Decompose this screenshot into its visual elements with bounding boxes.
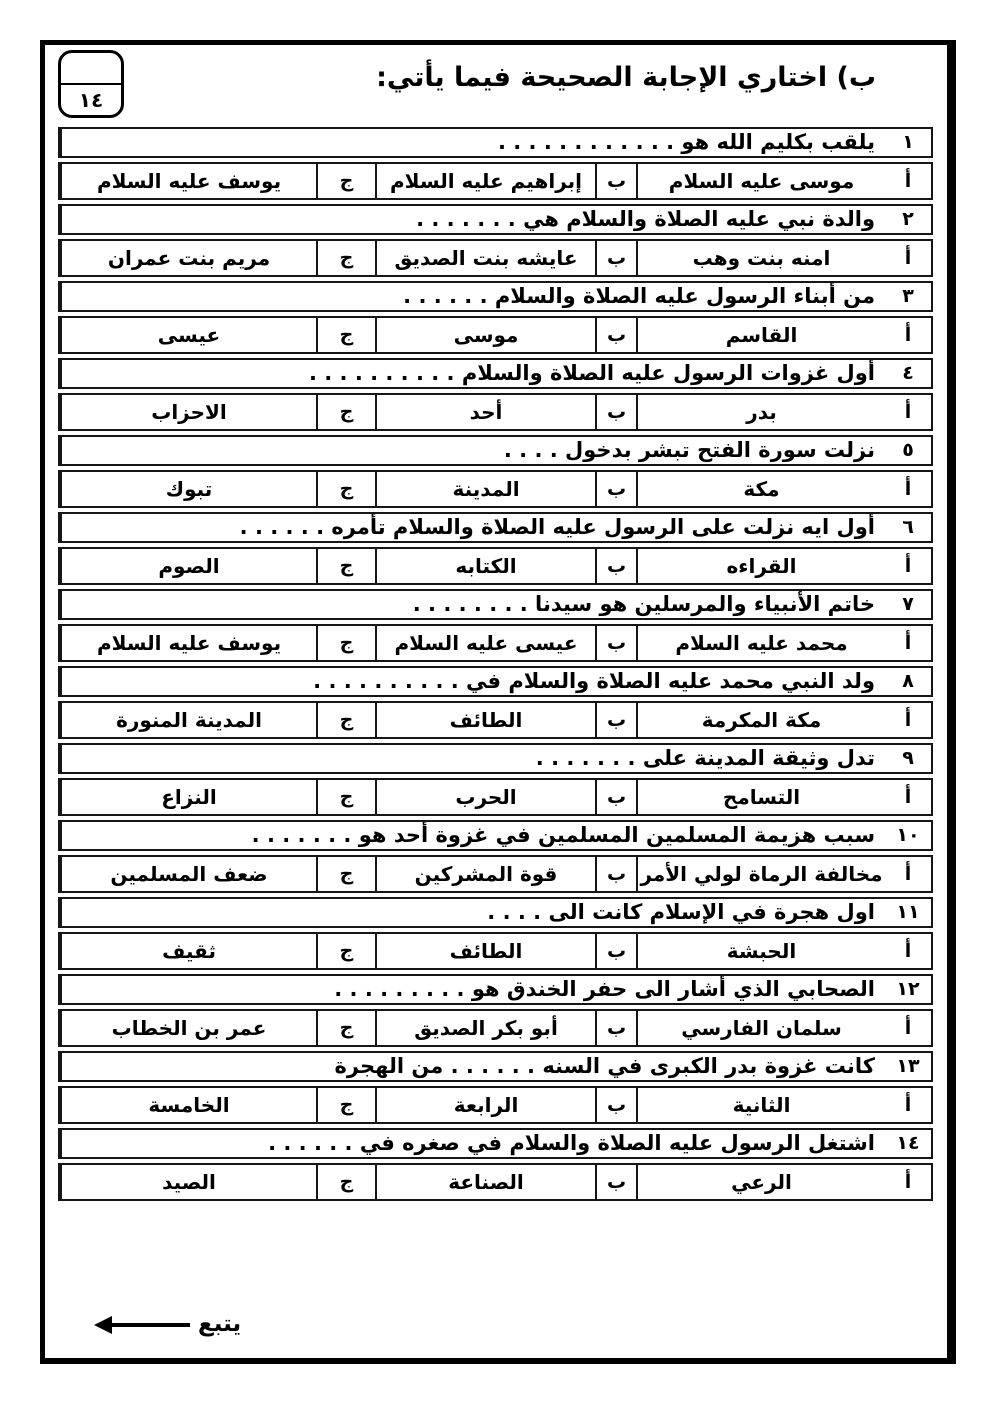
option-c: عمر بن الخطاب bbox=[60, 1011, 316, 1045]
option-letter-c: ج bbox=[316, 318, 375, 352]
answer-row: أ الرعي ب الصناعة ج الصيد bbox=[58, 1163, 933, 1201]
question-text: كانت غزوة بدر الكبرى في السنه . . . . . … bbox=[60, 1053, 885, 1080]
option-letter-c: ج bbox=[316, 857, 375, 891]
option-letter-a: أ bbox=[885, 1165, 931, 1199]
option-c: يوسف عليه السلام bbox=[60, 164, 316, 198]
question-row: ١٠ سبب هزيمة المسلمين المسلمين في غزوة أ… bbox=[58, 820, 933, 851]
question-row: ٣ من أبناء الرسول عليه الصلاة والسلام . … bbox=[58, 281, 933, 312]
continue-arrow-icon bbox=[98, 1323, 190, 1327]
option-c: مريم بنت عمران bbox=[60, 241, 316, 275]
question-number: ١٣ bbox=[885, 1053, 931, 1080]
question-row: ٧ خاتم الأنبياء والمرسلين هو سيدنا . . .… bbox=[58, 589, 933, 620]
question-row: ١١ اول هجرة في الإسلام كانت الى . . . . bbox=[58, 897, 933, 928]
option-a: التسامح bbox=[636, 780, 885, 814]
question-text: أول غزوات الرسول عليه الصلاة والسلام . .… bbox=[60, 360, 885, 387]
answer-row: أ مخالفة الرماة لولي الأمر ب قوة المشركي… bbox=[58, 855, 933, 893]
question-block: ٢ والدة نبي عليه الصلاة والسلام هي . . .… bbox=[58, 204, 933, 277]
answer-row: أ موسى عليه السلام ب إبراهيم عليه السلام… bbox=[58, 162, 933, 200]
option-letter-c: ج bbox=[316, 1088, 375, 1122]
question-text: نزلت سورة الفتح تبشر بدخول . . . . bbox=[60, 437, 885, 464]
option-letter-b: ب bbox=[595, 934, 636, 968]
option-letter-b: ب bbox=[595, 1011, 636, 1045]
option-c: الصيد bbox=[60, 1165, 316, 1199]
question-number: ٣ bbox=[885, 283, 931, 310]
option-b: أحد bbox=[375, 395, 595, 429]
question-row: ١٢ الصحابي الذي أشار الى حفر الخندق هو .… bbox=[58, 974, 933, 1005]
option-a: بدر bbox=[636, 395, 885, 429]
question-text: تدل وثيقة المدينة على . . . . . . . bbox=[60, 745, 885, 772]
option-letter-a: أ bbox=[885, 1088, 931, 1122]
option-letter-a: أ bbox=[885, 703, 931, 737]
option-letter-b: ب bbox=[595, 395, 636, 429]
question-row: ٨ ولد النبي محمد عليه الصلاة والسلام في … bbox=[58, 666, 933, 697]
option-a: القاسم bbox=[636, 318, 885, 352]
option-c: الاحزاب bbox=[60, 395, 316, 429]
option-b: إبراهيم عليه السلام bbox=[375, 164, 595, 198]
question-text: من أبناء الرسول عليه الصلاة والسلام . . … bbox=[60, 283, 885, 310]
option-letter-b: ب bbox=[595, 318, 636, 352]
question-block: ١٤ اشتغل الرسول عليه الصلاة والسلام في ص… bbox=[58, 1128, 933, 1201]
option-letter-a: أ bbox=[885, 549, 931, 583]
question-block: ١١ اول هجرة في الإسلام كانت الى . . . . … bbox=[58, 897, 933, 970]
question-row: ٢ والدة نبي عليه الصلاة والسلام هي . . .… bbox=[58, 204, 933, 235]
question-block: ١٣ كانت غزوة بدر الكبرى في السنه . . . .… bbox=[58, 1051, 933, 1124]
answer-row: أ بدر ب أحد ج الاحزاب bbox=[58, 393, 933, 431]
option-a: الحبشة bbox=[636, 934, 885, 968]
option-c: ضعف المسلمين bbox=[60, 857, 316, 891]
question-number: ٢ bbox=[885, 206, 931, 233]
questions-table: ١ يلقب بكليم الله هو . . . . . . . . . .… bbox=[58, 127, 933, 1205]
option-letter-a: أ bbox=[885, 1011, 931, 1045]
option-letter-c: ج bbox=[316, 164, 375, 198]
option-letter-b: ب bbox=[595, 1165, 636, 1199]
option-a: سلمان الفارسي bbox=[636, 1011, 885, 1045]
exam-page: ١٤ ب) اختاري الإجابة الصحيحة فيما يأتي: … bbox=[0, 0, 992, 1403]
option-b: الطائف bbox=[375, 934, 595, 968]
question-block: ١٢ الصحابي الذي أشار الى حفر الخندق هو .… bbox=[58, 974, 933, 1047]
question-row: ٤ أول غزوات الرسول عليه الصلاة والسلام .… bbox=[58, 358, 933, 389]
option-letter-a: أ bbox=[885, 164, 931, 198]
option-b: الصناعة bbox=[375, 1165, 595, 1199]
option-b: أبو بكر الصديق bbox=[375, 1011, 595, 1045]
option-c: عيسى bbox=[60, 318, 316, 352]
question-text: اشتغل الرسول عليه الصلاة والسلام في صغره… bbox=[60, 1130, 885, 1157]
option-b: الحرب bbox=[375, 780, 595, 814]
option-b: الرابعة bbox=[375, 1088, 595, 1122]
question-block: ٧ خاتم الأنبياء والمرسلين هو سيدنا . . .… bbox=[58, 589, 933, 662]
option-letter-c: ج bbox=[316, 780, 375, 814]
answer-row: أ التسامح ب الحرب ج النزاع bbox=[58, 778, 933, 816]
question-number: ٥ bbox=[885, 437, 931, 464]
option-b: قوة المشركين bbox=[375, 857, 595, 891]
question-number: ١٠ bbox=[885, 822, 931, 849]
answer-row: أ القراءه ب الكتابه ج الصوم bbox=[58, 547, 933, 585]
option-a: الثانية bbox=[636, 1088, 885, 1122]
question-text: الصحابي الذي أشار الى حفر الخندق هو . . … bbox=[60, 976, 885, 1003]
question-row: ١٣ كانت غزوة بدر الكبرى في السنه . . . .… bbox=[58, 1051, 933, 1082]
section-title: ب) اختاري الإجابة الصحيحة فيما يأتي: bbox=[376, 62, 876, 93]
answer-row: أ محمد عليه السلام ب عيسى عليه السلام ج … bbox=[58, 624, 933, 662]
option-c: يوسف عليه السلام bbox=[60, 626, 316, 660]
option-a: مكة bbox=[636, 472, 885, 506]
question-text: أول ايه نزلت على الرسول عليه الصلاة والس… bbox=[60, 514, 885, 541]
question-number: ٧ bbox=[885, 591, 931, 618]
question-text: سبب هزيمة المسلمين المسلمين في غزوة أحد … bbox=[60, 822, 885, 849]
option-letter-a: أ bbox=[885, 318, 931, 352]
option-b: عيسى عليه السلام bbox=[375, 626, 595, 660]
option-letter-b: ب bbox=[595, 164, 636, 198]
page-number-badge-top bbox=[61, 53, 121, 85]
option-b: الكتابه bbox=[375, 549, 595, 583]
option-letter-a: أ bbox=[885, 780, 931, 814]
option-letter-b: ب bbox=[595, 703, 636, 737]
option-letter-a: أ bbox=[885, 857, 931, 891]
question-text: اول هجرة في الإسلام كانت الى . . . . bbox=[60, 899, 885, 926]
option-letter-c: ج bbox=[316, 934, 375, 968]
option-letter-b: ب bbox=[595, 472, 636, 506]
option-letter-c: ج bbox=[316, 1165, 375, 1199]
question-number: ٤ bbox=[885, 360, 931, 387]
option-letter-c: ج bbox=[316, 395, 375, 429]
continued-label: يتبع bbox=[198, 1313, 241, 1336]
option-letter-b: ب bbox=[595, 626, 636, 660]
option-a: موسى عليه السلام bbox=[636, 164, 885, 198]
option-letter-b: ب bbox=[595, 780, 636, 814]
question-block: ٣ من أبناء الرسول عليه الصلاة والسلام . … bbox=[58, 281, 933, 354]
option-letter-c: ج bbox=[316, 1011, 375, 1045]
option-letter-a: أ bbox=[885, 395, 931, 429]
option-letter-c: ج bbox=[316, 626, 375, 660]
option-letter-b: ب bbox=[595, 857, 636, 891]
option-letter-b: ب bbox=[595, 1088, 636, 1122]
option-letter-a: أ bbox=[885, 934, 931, 968]
option-a: امنه بنت وهب bbox=[636, 241, 885, 275]
option-c: تبوك bbox=[60, 472, 316, 506]
question-row: ١٤ اشتغل الرسول عليه الصلاة والسلام في ص… bbox=[58, 1128, 933, 1159]
option-b: الطائف bbox=[375, 703, 595, 737]
question-number: ١ bbox=[885, 129, 931, 156]
option-a: القراءه bbox=[636, 549, 885, 583]
option-b: موسى bbox=[375, 318, 595, 352]
option-letter-b: ب bbox=[595, 549, 636, 583]
answer-row: أ سلمان الفارسي ب أبو بكر الصديق ج عمر ب… bbox=[58, 1009, 933, 1047]
question-block: ٨ ولد النبي محمد عليه الصلاة والسلام في … bbox=[58, 666, 933, 739]
question-row: ٩ تدل وثيقة المدينة على . . . . . . . bbox=[58, 743, 933, 774]
question-block: ١٠ سبب هزيمة المسلمين المسلمين في غزوة أ… bbox=[58, 820, 933, 893]
option-a: الرعي bbox=[636, 1165, 885, 1199]
question-block: ٦ أول ايه نزلت على الرسول عليه الصلاة وا… bbox=[58, 512, 933, 585]
question-text: والدة نبي عليه الصلاة والسلام هي . . . .… bbox=[60, 206, 885, 233]
question-number: ١٤ bbox=[885, 1130, 931, 1157]
question-number: ٨ bbox=[885, 668, 931, 695]
question-row: ٦ أول ايه نزلت على الرسول عليه الصلاة وا… bbox=[58, 512, 933, 543]
option-a: مكة المكرمة bbox=[636, 703, 885, 737]
question-block: ٤ أول غزوات الرسول عليه الصلاة والسلام .… bbox=[58, 358, 933, 431]
option-c: ثقيف bbox=[60, 934, 316, 968]
option-a: مخالفة الرماة لولي الأمر bbox=[636, 857, 885, 891]
option-letter-a: أ bbox=[885, 626, 931, 660]
option-c: المدينة المنورة bbox=[60, 703, 316, 737]
question-text: خاتم الأنبياء والمرسلين هو سيدنا . . . .… bbox=[60, 591, 885, 618]
continued-mark: يتبع bbox=[88, 1313, 241, 1336]
question-text: يلقب بكليم الله هو . . . . . . . . . . .… bbox=[60, 129, 885, 156]
question-row: ١ يلقب بكليم الله هو . . . . . . . . . .… bbox=[58, 127, 933, 158]
answer-row: أ امنه بنت وهب ب عايشه بنت الصديق ج مريم… bbox=[58, 239, 933, 277]
question-number: ٩ bbox=[885, 745, 931, 772]
option-letter-b: ب bbox=[595, 241, 636, 275]
question-row: ٥ نزلت سورة الفتح تبشر بدخول . . . . bbox=[58, 435, 933, 466]
option-letter-c: ج bbox=[316, 472, 375, 506]
question-number: ١١ bbox=[885, 899, 931, 926]
option-letter-a: أ bbox=[885, 241, 931, 275]
page-number-badge: ١٤ bbox=[58, 50, 124, 118]
question-number: ٦ bbox=[885, 514, 931, 541]
question-text: ولد النبي محمد عليه الصلاة والسلام في . … bbox=[60, 668, 885, 695]
option-letter-c: ج bbox=[316, 549, 375, 583]
option-letter-a: أ bbox=[885, 472, 931, 506]
option-a: محمد عليه السلام bbox=[636, 626, 885, 660]
answer-row: أ الثانية ب الرابعة ج الخامسة bbox=[58, 1086, 933, 1124]
option-c: النزاع bbox=[60, 780, 316, 814]
page-number: ١٤ bbox=[61, 85, 121, 115]
option-letter-c: ج bbox=[316, 703, 375, 737]
answer-row: أ مكة ب المدينة ج تبوك bbox=[58, 470, 933, 508]
option-b: المدينة bbox=[375, 472, 595, 506]
option-letter-c: ج bbox=[316, 241, 375, 275]
question-block: ١ يلقب بكليم الله هو . . . . . . . . . .… bbox=[58, 127, 933, 200]
question-number: ١٢ bbox=[885, 976, 931, 1003]
question-block: ٥ نزلت سورة الفتح تبشر بدخول . . . . أ م… bbox=[58, 435, 933, 508]
option-b: عايشه بنت الصديق bbox=[375, 241, 595, 275]
option-c: الصوم bbox=[60, 549, 316, 583]
answer-row: أ الحبشة ب الطائف ج ثقيف bbox=[58, 932, 933, 970]
option-c: الخامسة bbox=[60, 1088, 316, 1122]
answer-row: أ القاسم ب موسى ج عيسى bbox=[58, 316, 933, 354]
answer-row: أ مكة المكرمة ب الطائف ج المدينة المنورة bbox=[58, 701, 933, 739]
question-block: ٩ تدل وثيقة المدينة على . . . . . . . أ … bbox=[58, 743, 933, 816]
